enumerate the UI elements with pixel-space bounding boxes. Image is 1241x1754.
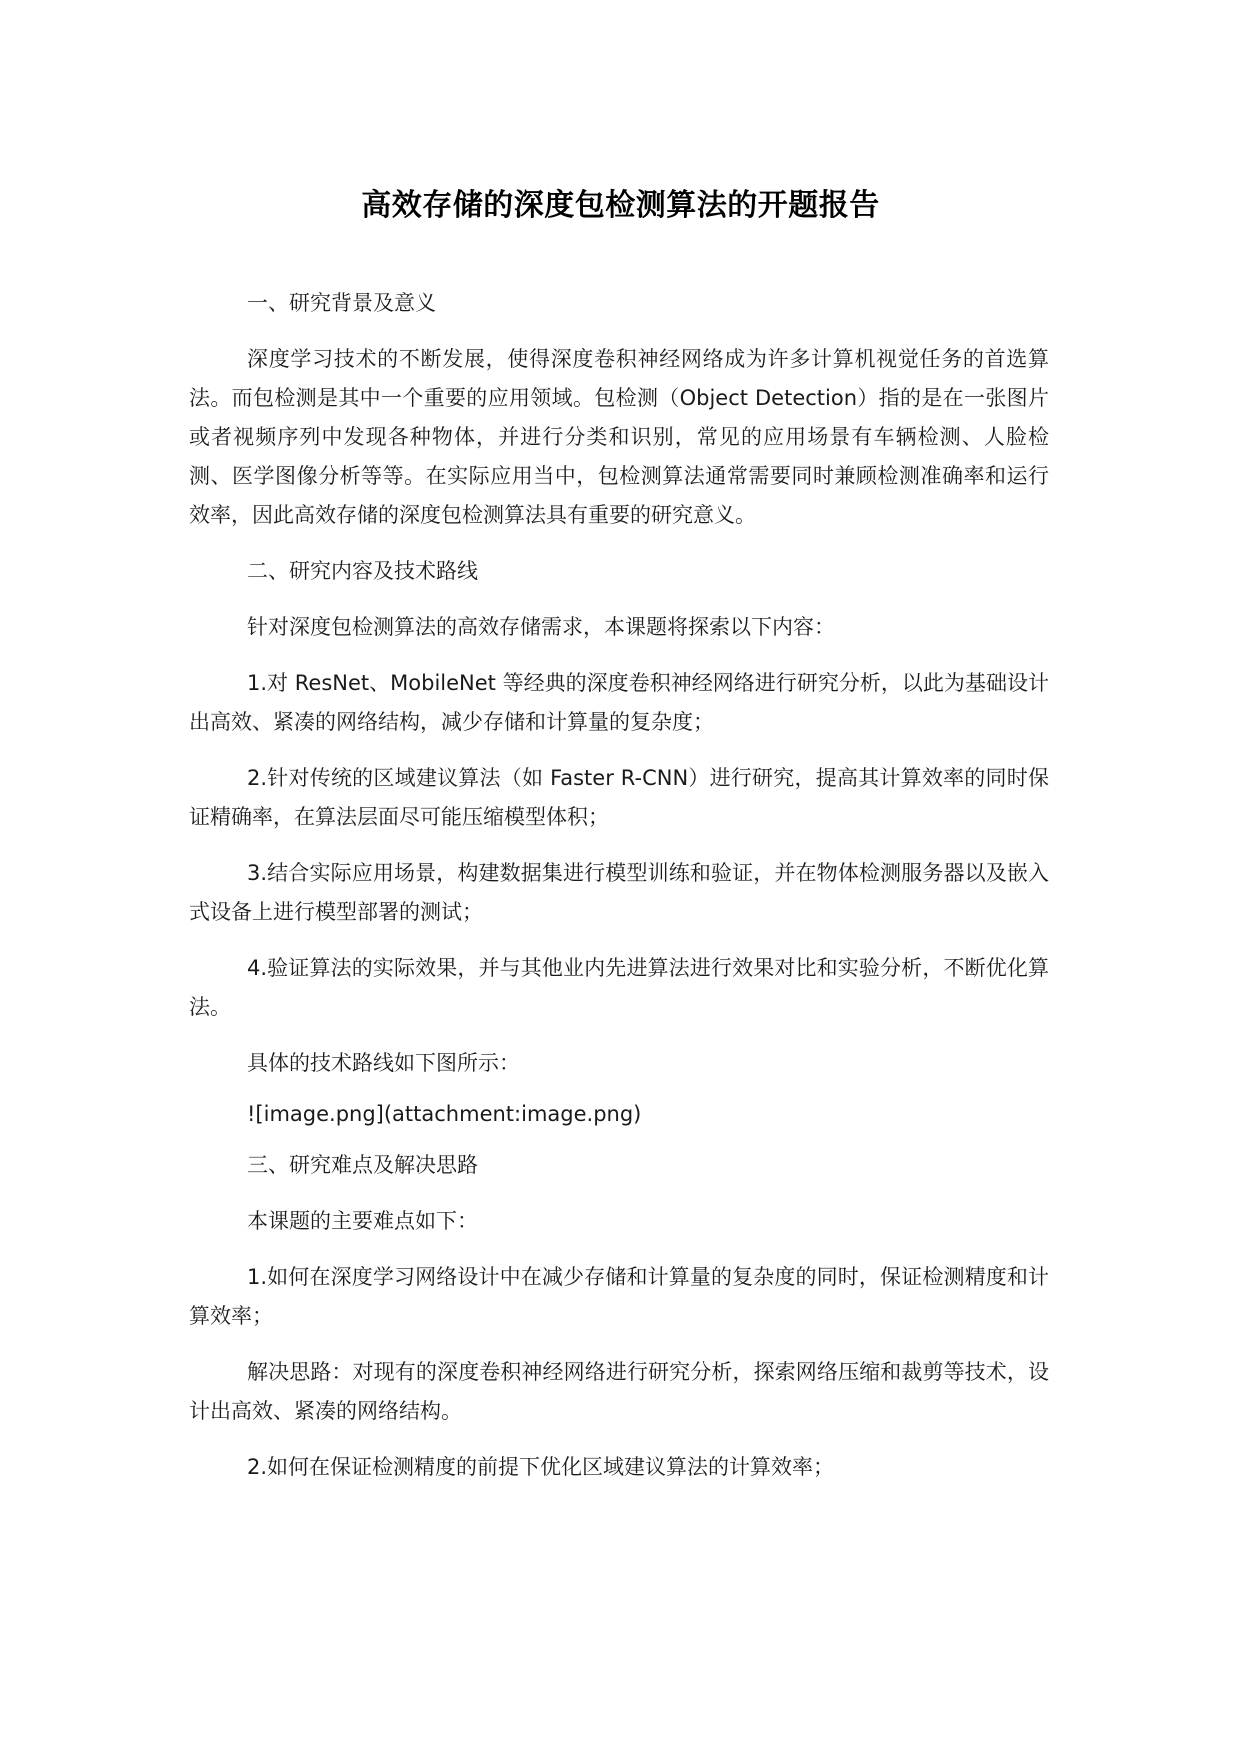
section-heading-background: 一、研究背景及意义 [189,284,1049,323]
list-item-content-2: 2.针对传统的区域建议算法（如 Faster R-CNN）进行研究，提高其计算效… [189,759,1049,837]
list-item-difficulty-1: 1.如何在深度学习网络设计中在减少存储和计算量的复杂度的同时，保证检测精度和计算… [189,1258,1049,1336]
paragraph-tech-route: 具体的技术路线如下图所示： [189,1044,1049,1083]
paragraph-background: 深度学习技术的不断发展，使得深度卷积神经网络成为许多计算机视觉任务的首选算法。而… [189,340,1049,535]
section-heading-content: 二、研究内容及技术路线 [189,552,1049,591]
paragraph-content-intro: 针对深度包检测算法的高效存储需求，本课题将探索以下内容： [189,608,1049,647]
image-placeholder-text: ![image.png](attachment:image.png) [189,1095,1049,1134]
section-heading-difficulties: 三、研究难点及解决思路 [189,1146,1049,1185]
document-page: 高效存储的深度包检测算法的开题报告 一、研究背景及意义 深度学习技术的不断发展，… [0,0,1241,1754]
paragraph-solution-1: 解决思路：对现有的深度卷积神经网络进行研究分析，探索网络压缩和裁剪等技术，设计出… [189,1353,1049,1431]
paragraph-difficulties-intro: 本课题的主要难点如下： [189,1202,1049,1241]
document-title: 高效存储的深度包检测算法的开题报告 [0,180,1241,224]
list-item-content-3: 3.结合实际应用场景，构建数据集进行模型训练和验证，并在物体检测服务器以及嵌入式… [189,854,1049,932]
list-item-difficulty-2: 2.如何在保证检测精度的前提下优化区域建议算法的计算效率； [189,1448,1049,1487]
list-item-content-1: 1.对 ResNet、MobileNet 等经典的深度卷积神经网络进行研究分析，… [189,664,1049,742]
list-item-content-4: 4.验证算法的实际效果，并与其他业内先进算法进行效果对比和实验分析，不断优化算法… [189,949,1049,1027]
document-body: 一、研究背景及意义 深度学习技术的不断发展，使得深度卷积神经网络成为许多计算机视… [189,284,1049,1504]
